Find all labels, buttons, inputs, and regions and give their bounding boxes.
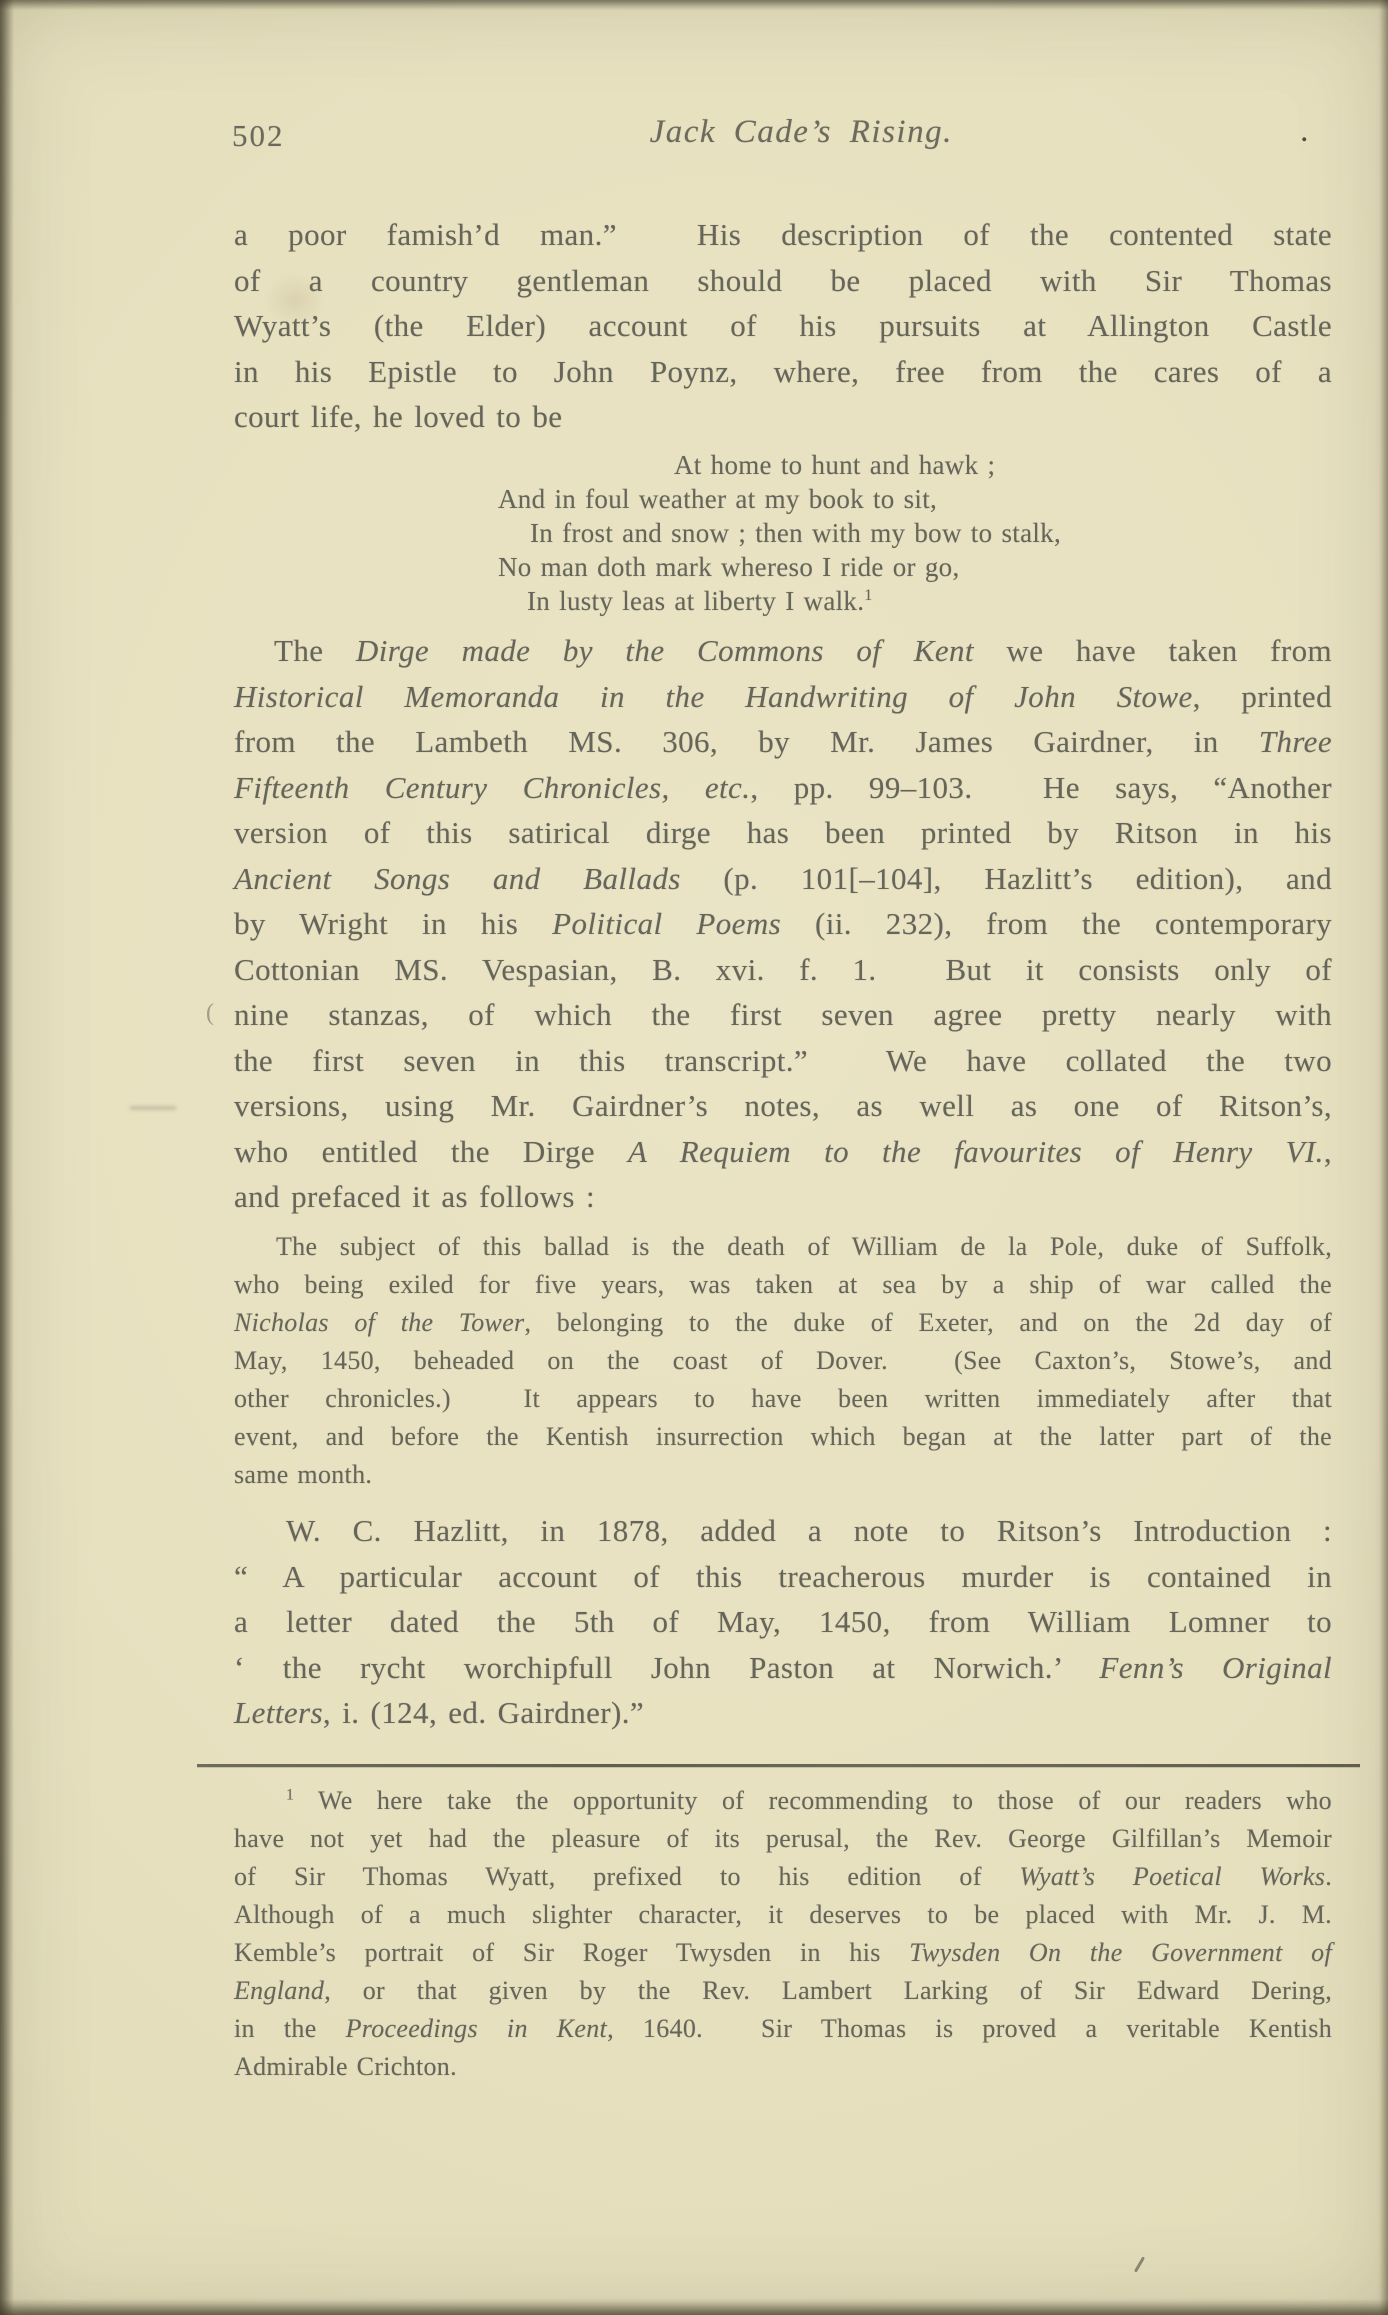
text-line: court life, he loved to be [234, 394, 1332, 440]
verse-quotation: At home to hunt and hawk ;And in foul we… [234, 448, 1332, 618]
text-line: other chronicles.) It appears to have be… [234, 1380, 1332, 1418]
text-line: from the Lambeth MS. 306, by Mr. James G… [234, 719, 1332, 765]
text-line: of a country gentleman should be placed … [234, 258, 1332, 304]
text-line: Historical Memoranda in the Handwriting … [234, 674, 1332, 720]
text-line: the first seven in this transcript.” We … [234, 1038, 1332, 1084]
text-line: of Sir Thomas Wyatt, prefixed to his edi… [234, 1858, 1332, 1896]
text-line: Although of a much slighter character, i… [234, 1896, 1332, 1934]
text-line: The Dirge made by the Commons of Kent we… [234, 628, 1332, 674]
text-line: Nicholas of the Tower, belonging to the … [234, 1304, 1332, 1342]
text-line: a poor famish’d man.” His description of… [234, 212, 1332, 258]
footnote-text: 1 We here take the opportunity of recomm… [234, 1782, 1332, 2086]
text-line: same month. [234, 1456, 1332, 1494]
page-header: 502 Jack Cade’s Rising. . [234, 118, 1332, 168]
text-line: and prefaced it as follows : [234, 1174, 1332, 1220]
text-line: W. C. Hazlitt, in 1878, added a note to … [234, 1508, 1332, 1554]
paragraph-ballad-preface: The subject of this ballad is the death … [234, 1228, 1332, 1494]
paragraph-intro: a poor famish’d man.” His description of… [234, 212, 1332, 440]
text-line: “ A particular account of this treachero… [234, 1554, 1332, 1600]
text-line: In lusty leas at liberty I walk.1 [527, 584, 1332, 618]
footnote-divider-rule [197, 1764, 1360, 1767]
text-line: versions, using Mr. Gairdner’s notes, as… [234, 1083, 1332, 1129]
text-line: Fifteenth Century Chronicles, etc., pp. … [234, 765, 1332, 811]
text-line: ‘ the rycht worchipfull John Paston at N… [234, 1645, 1332, 1691]
text-line: In frost and snow ; then with my bow to … [530, 516, 1332, 550]
text-line: nine stanzas, of which the first seven a… [234, 992, 1332, 1038]
text-line: The subject of this ballad is the death … [234, 1228, 1332, 1266]
text-line: who entitled the Dirge A Requiem to the … [234, 1129, 1332, 1175]
text-line: 1 We here take the opportunity of recomm… [234, 1782, 1332, 1820]
text-line: Kemble’s portrait of Sir Roger Twysden i… [234, 1934, 1332, 1972]
text-line: in the Proceedings in Kent, 1640. Sir Th… [234, 2010, 1332, 2048]
text-line: No man doth mark whereso I ride or go, [498, 550, 1332, 584]
paper-stain [250, 260, 340, 340]
text-line: in his Epistle to John Poynz, where, fre… [234, 349, 1332, 395]
text-line: May, 1450, beheaded on the coast of Dove… [234, 1342, 1332, 1380]
margin-smudge [130, 1106, 176, 1110]
text-column: 502 Jack Cade’s Rising. . a poor famish’… [234, 0, 1332, 2315]
text-line: by Wright in his Political Poems (ii. 23… [234, 901, 1332, 947]
paragraph-hazlitt-note: W. C. Hazlitt, in 1878, added a note to … [234, 1508, 1332, 1736]
text-line: Letters, i. (124, ed. Gairdner).” [234, 1690, 1332, 1736]
text-line: Ancient Songs and Ballads (p. 101[–104],… [234, 856, 1332, 902]
text-line: And in foul weather at my book to sit, [498, 482, 1332, 516]
text-line: event, and before the Kentish insurrecti… [234, 1418, 1332, 1456]
text-line: Cottonian MS. Vespasian, B. xvi. f. 1. B… [234, 947, 1332, 993]
text-line: have not yet had the pleasure of its per… [234, 1820, 1332, 1858]
book-page: 502 Jack Cade’s Rising. . a poor famish’… [0, 0, 1388, 2315]
paragraph-dirge-source: The Dirge made by the Commons of Kent we… [234, 628, 1332, 1220]
text-line: Wyatt’s (the Elder) account of his pursu… [234, 303, 1332, 349]
page-number: 502 [232, 118, 285, 154]
text-line: Admirable Crichton. [234, 2048, 1332, 2086]
margin-pencil-mark: ( [206, 1000, 214, 1027]
ink-speck: . [1300, 112, 1309, 150]
text-line: England, or that given by the Rev. Lambe… [234, 1972, 1332, 2010]
text-line: who being exiled for five years, was tak… [234, 1266, 1332, 1304]
text-line: At home to hunt and hawk ; [674, 448, 1332, 482]
text-line: a letter dated the 5th of May, 1450, fro… [234, 1599, 1332, 1645]
text-line: version of this satirical dirge has been… [234, 810, 1332, 856]
running-title: Jack Cade’s Rising. [650, 114, 953, 151]
